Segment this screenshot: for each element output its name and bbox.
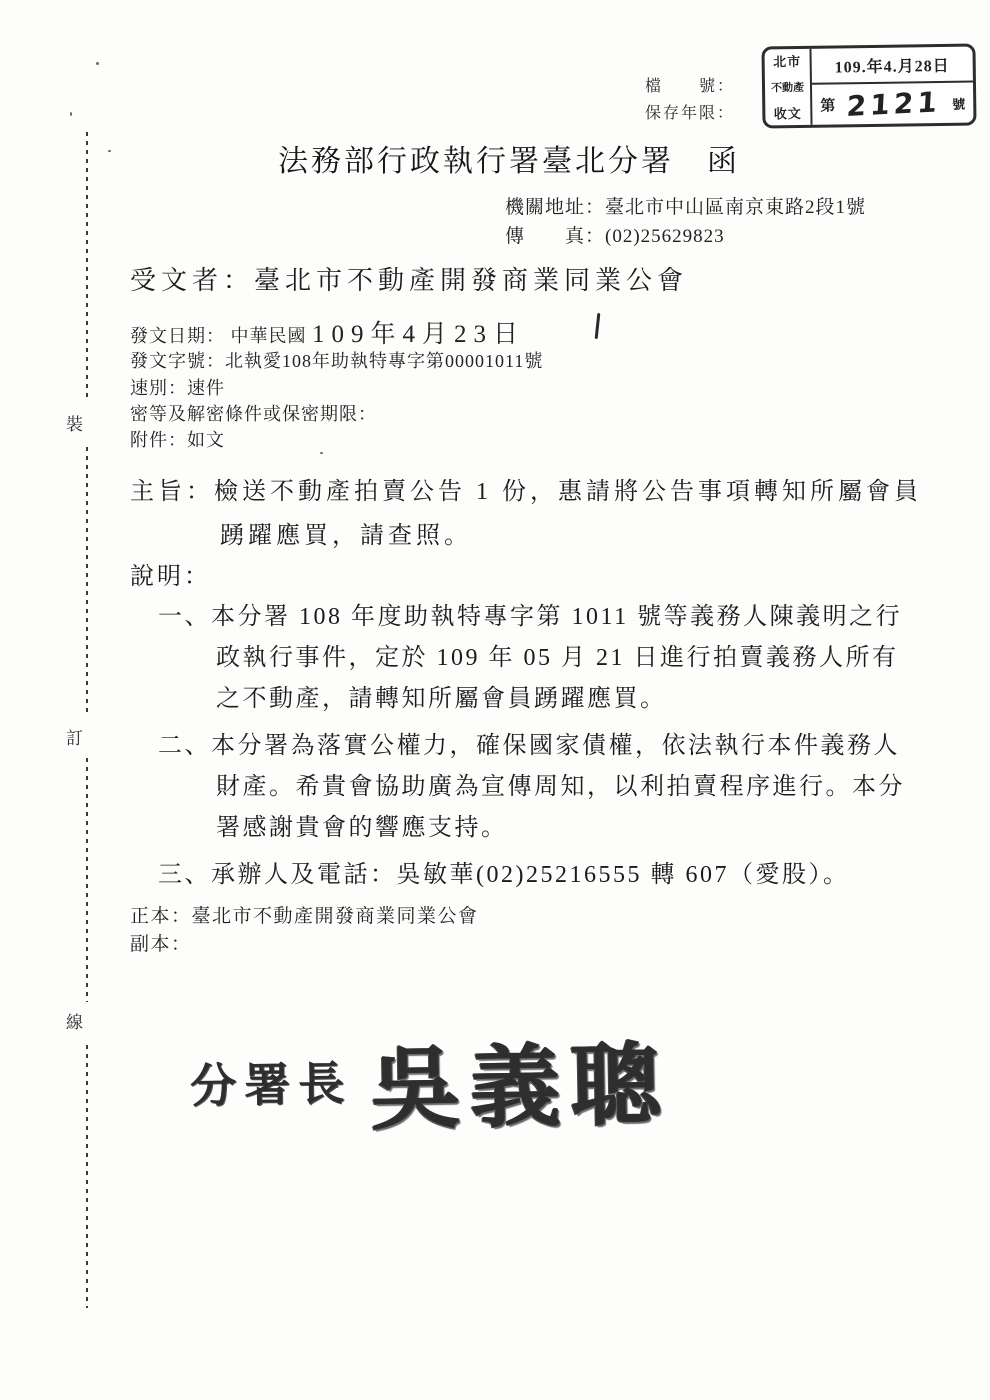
cc-copy-label: 副本：	[130, 934, 192, 955]
agency-address-label: 機關地址：	[505, 197, 605, 218]
original-copy-label: 正本：	[130, 906, 192, 927]
scanned-official-letter: 裝 訂 線 檔 號： 保存年限： 北市 不動產 收文 109.年4.月28日 第…	[0, 0, 990, 1400]
agency-fax-value: (02)25629823	[605, 226, 725, 247]
handwritten-tick-mark	[595, 313, 601, 339]
subject-label: 主旨：	[130, 479, 214, 505]
stamp-office-label: 北市 不動產 收文	[764, 49, 812, 126]
stamp-office-line1: 北市	[773, 51, 801, 70]
doc-number-line: 發文字號：北執愛108年助執特專字第00001011號	[130, 347, 543, 373]
attachment-label: 附件：	[130, 430, 187, 450]
stamp-number: 第 2121 號	[812, 83, 974, 125]
agency-fax-label: 傳 真：	[505, 226, 605, 247]
doc-number-value: 北執愛108年助執特專字第00001011號	[225, 351, 543, 371]
security-line: 密等及解密條件或保密期限：	[130, 400, 377, 426]
signature-name-calligraphy: 吳義聰	[369, 1012, 671, 1147]
stamp-number-prefix: 第	[820, 94, 835, 115]
signature-block: 分署長 吳義聰	[189, 1010, 751, 1150]
attachment-value: 如文	[187, 430, 225, 450]
item-2-number: 二、	[158, 733, 211, 759]
subject-text-line2: 踴躍應買，請查照。	[220, 514, 940, 558]
original-copy-line: 正本：臺北市不動產開發商業同業公會	[130, 901, 479, 928]
document-title: 法務部行政執行署臺北分署 函	[278, 136, 740, 180]
explanation-item-2: 二、本分署為落實公權力，確保國家債權，依法執行本件義務人 財產。希貴會協助廣為宣…	[158, 726, 958, 849]
received-stamp: 北市 不動產 收文 109.年4.月28日 第 2121 號	[761, 44, 976, 129]
speed-label: 速別：	[130, 378, 187, 398]
item-2-line-3: 署感謝貴會的響應支持。	[216, 808, 958, 849]
binding-dashed-line	[86, 447, 88, 716]
binding-char-wrap: 裝	[66, 410, 83, 435]
stamp-office-line2: 不動產	[771, 78, 804, 94]
recipient-value: 臺北市不動產開發商業同業公會	[254, 266, 688, 295]
item-3-line-1: 承辦人及電話：吳敏華(02)25216555 轉 607（愛股）。	[211, 862, 849, 888]
explanation-item-1: 一、本分署 108 年度助執特專字第 1011 號等義務人陳義明之行 政執行事件…	[158, 597, 958, 720]
binding-dashed-line	[86, 1045, 88, 1308]
issue-date-line: 發文日期： 中華民國 109年4月23日	[130, 314, 525, 350]
explanation-label: 說明：	[130, 556, 211, 591]
speed-value: 速件	[187, 378, 225, 398]
subject-line: 主旨：檢送不動產拍賣公告 1 份，惠請將公告事項轉知所屬會員	[220, 470, 940, 514]
scan-speck	[70, 112, 72, 116]
scan-speck	[320, 452, 323, 454]
explanation-list: 一、本分署 108 年度助執特專字第 1011 號等義務人陳義明之行 政執行事件…	[158, 597, 958, 902]
file-number-label: 檔 號：	[645, 73, 735, 96]
item-1-line-2: 政執行事件，定於 109 年 05 月 21 日進行拍賣義務人所有	[216, 638, 958, 679]
retention-period-label: 保存年限：	[645, 100, 735, 123]
item-1-number: 一、	[158, 604, 211, 630]
item-1-line-3: 之不動產，請轉知所屬會員踴躍應買。	[216, 679, 958, 720]
recipient-line: 受文者：臺北市不動產開發商業同業公會	[130, 260, 688, 297]
issue-date-value: 109年4月23日	[312, 321, 525, 348]
agency-fax-line: 傳 真：(02)25629823	[505, 221, 725, 248]
security-label: 密等及解密條件或保密期限：	[130, 404, 377, 424]
cc-copy-line: 副本：	[130, 929, 192, 956]
doc-number-label: 發文字號：	[130, 351, 225, 371]
subject-paragraph: 主旨：檢送不動產拍賣公告 1 份，惠請將公告事項轉知所屬會員 踴躍應買，請查照。	[130, 470, 940, 558]
binding-char-line: 線	[66, 1008, 83, 1033]
recipient-label: 受文者：	[130, 266, 254, 295]
speed-line: 速別：速件	[130, 374, 225, 400]
issue-date-era: 中華民國	[231, 326, 307, 346]
original-copy-value: 臺北市不動產開發商業同業公會	[192, 906, 479, 927]
stamp-number-handwritten: 2121	[834, 84, 953, 123]
attachment-line: 附件：如文	[130, 426, 225, 452]
item-1-line-1: 本分署 108 年度助執特專字第 1011 號等義務人陳義明之行	[211, 604, 902, 630]
binding-char-staple: 訂	[66, 724, 83, 749]
stamp-office-line3: 收文	[774, 103, 802, 122]
agency-address-line: 機關地址：臺北市中山區南京東路2段1號	[505, 192, 866, 219]
signature-title: 分署長	[189, 1047, 352, 1116]
item-2-line-1: 本分署為落實公權力，確保國家債權，依法執行本件義務人	[211, 733, 900, 759]
item-2-line-2: 財產。希貴會協助廣為宣傳周知，以利拍賣程序進行。本分	[216, 767, 958, 808]
agency-address-value: 臺北市中山區南京東路2段1號	[605, 197, 866, 218]
explanation-item-3: 三、承辦人及電話：吳敏華(02)25216555 轉 607（愛股）。	[158, 855, 958, 896]
scan-speck	[108, 150, 111, 152]
stamp-date: 109.年4.月28日	[811, 47, 972, 85]
stamp-number-suffix: 號	[952, 93, 965, 112]
subject-text-line1: 檢送不動產拍賣公告 1 份，惠請將公告事項轉知所屬會員	[214, 479, 922, 505]
binding-dashed-line	[86, 132, 88, 402]
issue-date-label: 發文日期：	[130, 326, 225, 346]
binding-dashed-line	[86, 758, 88, 1002]
item-3-number: 三、	[158, 862, 211, 888]
scan-speck	[96, 62, 99, 65]
